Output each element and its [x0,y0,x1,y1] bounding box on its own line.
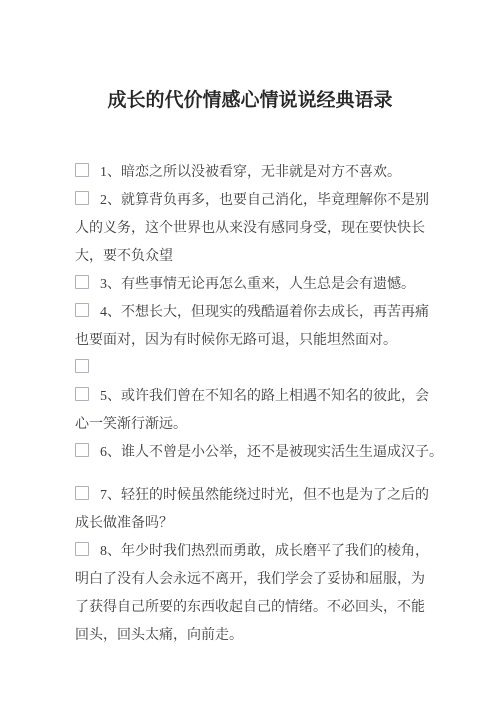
checkbox-icon[interactable] [75,486,89,500]
list-item-text: 6、谁人不曾是小公举，还不是被现实活生生逼成汉子。 [100,445,443,460]
list-item: 4、不想长大，但现实的残酷逼着你去成长，再苦再痛 也要面对，因为有时候你无路可退… [75,299,451,355]
checkbox-icon[interactable] [75,359,89,373]
list-item: 5、或许我们曾在不知名的路上相遇不知名的彼此，会 心一笑渐行渐远。 [75,383,451,439]
checkbox-icon[interactable] [75,191,89,205]
list-item-text: 7、轻狂的时候虽然能绕过时光，但不也是为了之后的 成长做准备吗？ [75,488,429,531]
checkbox-icon[interactable] [75,303,89,317]
page-title: 成长的代价情感心情说说经典语录 [0,88,500,114]
list-item: 7、轻狂的时候虽然能绕过时光，但不也是为了之后的 成长做准备吗？ [75,482,451,538]
list-item: 6、谁人不曾是小公举，还不是被现实活生生逼成汉子。 [75,439,451,467]
list-item: 2、就算背负再多，也要自己消化，毕竟理解你不是别 人的义务，这个世界也从来没有感… [75,187,451,271]
quote-list: 1、暗恋之所以没被看穿，无非就是对方不喜欢。 2、就算背负再多，也要自己消化，毕… [75,159,451,650]
checkbox-icon[interactable] [75,275,89,289]
document-page: 成长的代价情感心情说说经典语录 1、暗恋之所以没被看穿，无非就是对方不喜欢。 2… [0,0,500,708]
list-item: 8、年少时我们热烈而勇敢，成长磨平了我们的棱角， 明白了没有人会永远不离开，我们… [75,538,451,650]
list-item: 1、暗恋之所以没被看穿，无非就是对方不喜欢。 [75,159,451,187]
checkbox-icon[interactable] [75,387,89,401]
list-item-text: 4、不想长大，但现实的残酷逼着你去成长，再苦再痛 也要面对，因为有时候你无路可退… [75,305,429,348]
list-item: 3、有些事情无论再怎么重来，人生总是会有遗憾。 [75,271,451,299]
checkbox-icon[interactable] [75,542,89,556]
checkbox-icon[interactable] [75,443,89,457]
list-item-text: 2、就算背负再多，也要自己消化，毕竟理解你不是别 人的义务，这个世界也从来没有感… [75,193,429,264]
list-item-empty [75,355,451,383]
list-item-text: 8、年少时我们热烈而勇敢，成长磨平了我们的棱角， 明白了没有人会永远不离开，我们… [75,544,429,643]
list-item-text: 1、暗恋之所以没被看穿，无非就是对方不喜欢。 [100,165,401,180]
checkbox-icon[interactable] [75,163,89,177]
list-item-text: 3、有些事情无论再怎么重来，人生总是会有遗憾。 [100,277,415,292]
list-item-text: 5、或许我们曾在不知名的路上相遇不知名的彼此，会 心一笑渐行渐远。 [75,389,429,432]
